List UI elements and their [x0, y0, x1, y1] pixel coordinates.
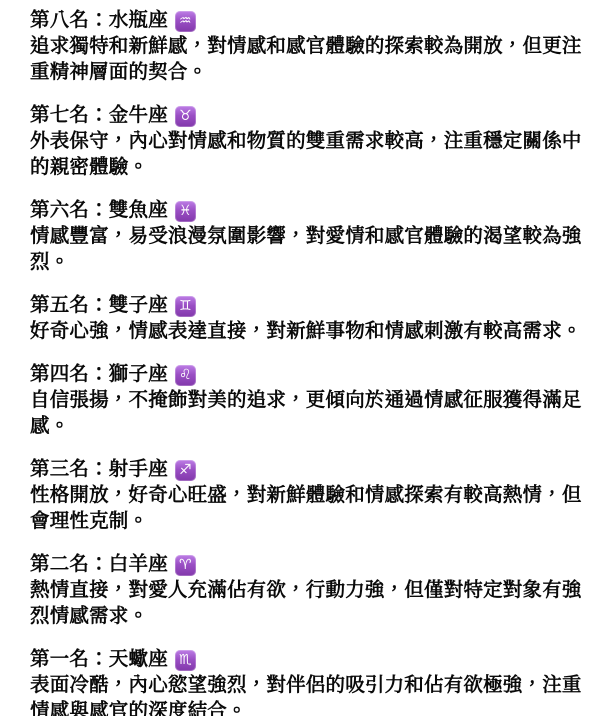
zodiac-entry-sagittarius: 第三名：射手座 ♐ 性格開放，好奇心旺盛，對新鮮體驗和情感探索有較高熱情，但會理…	[30, 456, 582, 534]
leo-zodiac-icon: ♌	[175, 365, 196, 386]
zodiac-entry-aries: 第二名：白羊座 ♈ 熱情直接，對愛人充滿佔有欲，行動力強，但僅對特定對象有強烈情…	[30, 551, 582, 629]
description-line: 會理性克制。	[30, 510, 148, 532]
entry-header: 第三名：射手座 ♐	[30, 456, 582, 482]
entry-description: 自信張揚，不掩飾對美的追求，更傾向於通過情感征服獲得滿足感。	[30, 387, 582, 439]
gemini-zodiac-icon: ♊	[175, 296, 196, 317]
description-line: 烈。	[30, 251, 69, 273]
entry-header: 第七名：金牛座 ♉	[30, 102, 582, 128]
entry-rank-and-sign: 第二名：白羊座	[30, 551, 168, 577]
sagittarius-zodiac-icon: ♐	[175, 460, 196, 481]
aries-zodiac-icon: ♈	[175, 555, 196, 576]
entry-header: 第一名：天蠍座 ♏	[30, 646, 582, 672]
description-line: 烈情感需求。	[30, 605, 148, 627]
entry-rank-and-sign: 第一名：天蠍座	[30, 646, 168, 672]
taurus-zodiac-icon: ♉	[175, 106, 196, 127]
entry-rank-and-sign: 第三名：射手座	[30, 456, 168, 482]
description-line: 好奇心強，情感表達直接，對新鮮事物和情感刺激有較高需求。	[30, 320, 582, 342]
description-line: 表面冷酷，內心慾望強烈，對伴侶的吸引力和佔有欲極強，注重	[30, 674, 582, 696]
entry-rank-and-sign: 第六名：雙魚座	[30, 197, 168, 223]
description-line: 重精神層面的契合。	[30, 61, 207, 83]
entry-header: 第五名：雙子座 ♊	[30, 292, 582, 318]
entry-description: 追求獨特和新鮮感，對情感和感官體驗的探索較為開放，但更注重精神層面的契合。	[30, 33, 582, 85]
zodiac-entry-leo: 第四名：獅子座 ♌ 自信張揚，不掩飾對美的追求，更傾向於通過情感征服獲得滿足感。	[30, 361, 582, 439]
description-line: 情感與感官的深度結合。	[30, 700, 247, 716]
description-line: 外表保守，內心對情感和物質的雙重需求較高，注重穩定關係中	[30, 130, 582, 152]
entry-header: 第六名：雙魚座 ♓	[30, 197, 582, 223]
zodiac-entry-taurus: 第七名：金牛座 ♉ 外表保守，內心對情感和物質的雙重需求較高，注重穩定關係中的親…	[30, 102, 582, 180]
description-line: 的親密體驗。	[30, 156, 148, 178]
entry-description: 好奇心強，情感表達直接，對新鮮事物和情感刺激有較高需求。	[30, 318, 582, 344]
description-line: 性格開放，好奇心旺盛，對新鮮體驗和情感探索有較高熱情，但	[30, 484, 582, 506]
zodiac-entry-pisces: 第六名：雙魚座 ♓ 情感豐富，易受浪漫氛圍影響，對愛情和感官體驗的渴望較為強烈。	[30, 197, 582, 275]
description-line: 情感豐富，易受浪漫氛圍影響，對愛情和感官體驗的渴望較為強	[30, 225, 582, 247]
description-line: 熱情直接，對愛人充滿佔有欲，行動力強，但僅對特定對象有強	[30, 579, 582, 601]
zodiac-entry-aquarius: 第八名：水瓶座 ♒ 追求獨特和新鮮感，對情感和感官體驗的探索較為開放，但更注重精…	[30, 7, 582, 85]
pisces-zodiac-icon: ♓	[175, 201, 196, 222]
entry-rank-and-sign: 第八名：水瓶座	[30, 7, 168, 33]
description-line: 追求獨特和新鮮感，對情感和感官體驗的探索較為開放，但更注	[30, 35, 582, 57]
description-line: 自信張揚，不掩飾對美的追求，更傾向於通過情感征服獲得滿足	[30, 389, 582, 411]
entry-description: 熱情直接，對愛人充滿佔有欲，行動力強，但僅對特定對象有強烈情感需求。	[30, 577, 582, 629]
zodiac-ranking-list: 第八名：水瓶座 ♒ 追求獨特和新鮮感，對情感和感官體驗的探索較為開放，但更注重精…	[0, 0, 608, 716]
aquarius-zodiac-icon: ♒	[175, 11, 196, 32]
entry-description: 表面冷酷，內心慾望強烈，對伴侶的吸引力和佔有欲極強，注重情感與感官的深度結合。	[30, 672, 582, 716]
entry-rank-and-sign: 第七名：金牛座	[30, 102, 168, 128]
entry-header: 第四名：獅子座 ♌	[30, 361, 582, 387]
entry-description: 外表保守，內心對情感和物質的雙重需求較高，注重穩定關係中的親密體驗。	[30, 128, 582, 180]
zodiac-entry-gemini: 第五名：雙子座 ♊ 好奇心強，情感表達直接，對新鮮事物和情感刺激有較高需求。	[30, 292, 582, 344]
description-line: 感。	[30, 415, 69, 437]
zodiac-entry-scorpio: 第一名：天蠍座 ♏ 表面冷酷，內心慾望強烈，對伴侶的吸引力和佔有欲極強，注重情感…	[30, 646, 582, 716]
entry-description: 情感豐富，易受浪漫氛圍影響，對愛情和感官體驗的渴望較為強烈。	[30, 223, 582, 275]
entry-rank-and-sign: 第五名：雙子座	[30, 292, 168, 318]
entry-header: 第八名：水瓶座 ♒	[30, 7, 582, 33]
entry-rank-and-sign: 第四名：獅子座	[30, 361, 168, 387]
scorpio-zodiac-icon: ♏	[175, 650, 196, 671]
entry-header: 第二名：白羊座 ♈	[30, 551, 582, 577]
entry-description: 性格開放，好奇心旺盛，對新鮮體驗和情感探索有較高熱情，但會理性克制。	[30, 482, 582, 534]
